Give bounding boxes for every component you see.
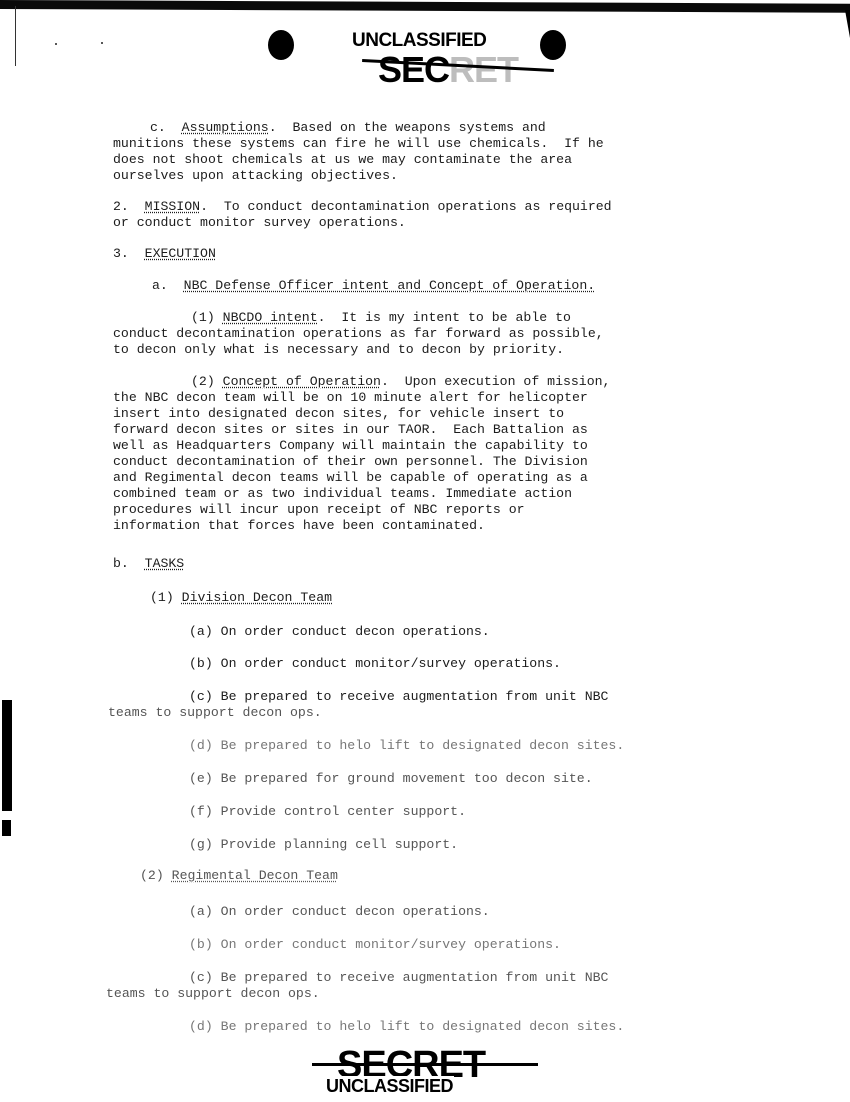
regimental-task-d: (d) Be prepared to helo lift to designat… (189, 1019, 624, 1035)
scan-margin-bar (2, 700, 12, 811)
regimental-team-heading: Regimental Decon Team (172, 868, 338, 883)
tasks-heading: TASKS (145, 556, 185, 571)
regimental-task-a: (a) On order conduct decon operations. (189, 904, 490, 920)
top-secret-stamp: SECRET (378, 52, 518, 88)
concept-line-9: procedures will incur upon receipt of NB… (113, 502, 525, 518)
division-task-a: (a) On order conduct decon operations. (189, 624, 490, 640)
mission-line-2: or conduct monitor survey operations. (113, 215, 406, 231)
bottom-stamp-strikethrough (312, 1063, 538, 1066)
section-c-line-1: c. Assumptions. Based on the weapons sys… (150, 120, 546, 136)
division-task-g: (g) Provide planning cell support. (189, 837, 458, 853)
concept-heading: Concept of Operation (223, 374, 381, 389)
concept-line-6: conduct decontamination of their own per… (113, 454, 588, 470)
concept-line-7: and Regimental decon teams will be capab… (113, 470, 588, 486)
scan-border-top (0, 0, 850, 13)
concept-line-5: well as Headquarters Company will mainta… (113, 438, 588, 454)
concept-line-8: combined team or as two individual teams… (113, 486, 572, 502)
concept-line-10: information that forces have been contam… (113, 518, 485, 534)
division-team-heading-line: (1) Division Decon Team (150, 590, 332, 606)
scan-border-left (15, 6, 16, 66)
scan-speck (55, 43, 57, 45)
execution-sub-a-line: a. NBC Defense Officer intent and Concep… (152, 278, 595, 294)
intent-line-1: (1) NBCDO intent. It is my intent to be … (191, 310, 571, 326)
intent-line-2: conduct decontamination operations as fa… (113, 326, 604, 342)
regimental-task-b: (b) On order conduct monitor/survey oper… (189, 937, 561, 953)
division-task-c-continuation: teams to support decon ops. (108, 705, 322, 721)
section-c-line-4: ourselves upon attacking objectives. (113, 168, 398, 184)
mission-heading: MISSION (145, 199, 200, 214)
bottom-classification-marking: UNCLASSIFIED (325, 1076, 454, 1097)
scan-margin-block (2, 820, 11, 836)
division-task-e: (e) Be prepared for ground movement too … (189, 771, 593, 787)
execution-sub-a-heading: NBC Defense Officer intent and Concept o… (184, 278, 596, 293)
division-task-c: (c) Be prepared to receive augmentation … (189, 689, 608, 705)
concept-line-1: (2) Concept of Operation. Upon execution… (191, 374, 610, 390)
punch-hole-left (268, 30, 294, 60)
section-c-line-2: munitions these systems can fire he will… (113, 136, 604, 152)
tasks-heading-line: b. TASKS (113, 556, 184, 572)
division-task-d: (d) Be prepared to helo lift to designat… (189, 738, 624, 754)
division-team-heading: Division Decon Team (182, 590, 332, 605)
execution-heading: EXECUTION (145, 246, 216, 261)
concept-line-2: the NBC decon team will be on 10 minute … (113, 390, 588, 406)
execution-heading-line: 3. EXECUTION (113, 246, 216, 262)
division-task-b: (b) On order conduct monitor/survey oper… (189, 656, 561, 672)
section-c-line-3: does not shoot chemicals at us we may co… (113, 152, 572, 168)
scan-speck (101, 42, 103, 44)
intent-line-3: to decon only what is necessary and to d… (113, 342, 564, 358)
section-c-heading: Assumptions (182, 120, 269, 135)
regimental-task-c-continuation: teams to support decon ops. (106, 986, 320, 1002)
regimental-team-heading-line: (2) Regimental Decon Team (140, 868, 338, 884)
mission-line-1: 2. MISSION. To conduct decontamination o… (113, 199, 612, 215)
division-task-f: (f) Provide control center support. (189, 804, 466, 820)
concept-line-3: insert into designated decon sites, for … (113, 406, 564, 422)
punch-hole-right (540, 30, 566, 60)
intent-heading: NBCDO intent (223, 310, 318, 325)
concept-line-4: forward decon sites or sites in our TAOR… (113, 422, 588, 438)
scan-border-right-corner (845, 10, 850, 38)
regimental-task-c: (c) Be prepared to receive augmentation … (189, 970, 608, 986)
